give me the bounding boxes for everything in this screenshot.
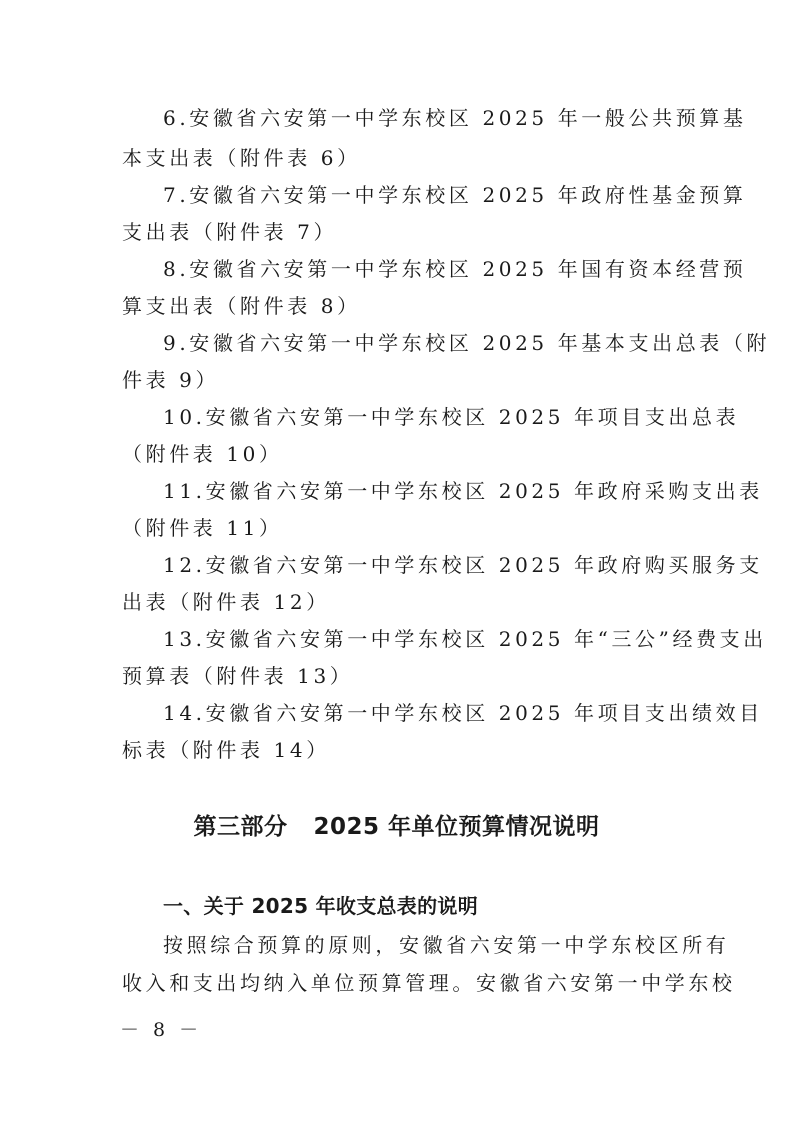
list-item-10-line1: 10.安徽省六安第一中学东校区 2025 年项目支出总表 [163, 404, 715, 430]
paragraph-line2: 收入和支出均纳入单位预算管理。安徽省六安第一中学东校 [122, 970, 674, 996]
document-page: 6.安徽省六安第一中学东校区 2025 年一般公共预算基 本支出表（附件表 6）… [0, 0, 793, 1122]
list-item-13-line2: 预算表（附件表 13） [122, 663, 674, 689]
section-title: 第三部分2025 年单位预算情况说明 [0, 812, 793, 842]
list-item-11-line1: 11.安徽省六安第一中学东校区 2025 年政府采购支出表 [163, 478, 715, 504]
section-title-text: 2025 年单位预算情况说明 [313, 814, 599, 840]
list-item-12-line2: 出表（附件表 12） [122, 589, 674, 615]
paragraph-line1: 按照综合预算的原则，安徽省六安第一中学东校区所有 [163, 932, 715, 958]
list-item-12-line1: 12.安徽省六安第一中学东校区 2025 年政府购买服务支 [163, 552, 715, 578]
section-part-label: 第三部分 [193, 814, 287, 840]
list-item-7-line2: 支出表（附件表 7） [122, 219, 674, 245]
list-item-14-line1: 14.安徽省六安第一中学东校区 2025 年项目支出绩效目 [163, 700, 715, 726]
list-item-9-line1: 9.安徽省六安第一中学东校区 2025 年基本支出总表（附 [163, 330, 715, 356]
list-item-8-line2: 算支出表（附件表 8） [122, 293, 674, 319]
list-item-8-line1: 8.安徽省六安第一中学东校区 2025 年国有资本经营预 [163, 256, 715, 282]
list-item-6-line1: 6.安徽省六安第一中学东校区 2025 年一般公共预算基 [163, 105, 715, 131]
list-item-10-line2: （附件表 10） [122, 441, 674, 467]
list-item-6-line2: 本支出表（附件表 6） [122, 145, 674, 171]
sub-heading: 一、关于 2025 年收支总表的说明 [163, 893, 478, 919]
page-number: － 8 － [120, 1018, 202, 1042]
list-item-11-line2: （附件表 11） [122, 515, 674, 541]
list-item-13-line1: 13.安徽省六安第一中学东校区 2025 年“三公”经费支出 [163, 626, 715, 652]
list-item-7-line1: 7.安徽省六安第一中学东校区 2025 年政府性基金预算 [163, 182, 715, 208]
list-item-9-line2: 件表 9） [122, 367, 674, 393]
list-item-14-line2: 标表（附件表 14） [122, 737, 674, 763]
